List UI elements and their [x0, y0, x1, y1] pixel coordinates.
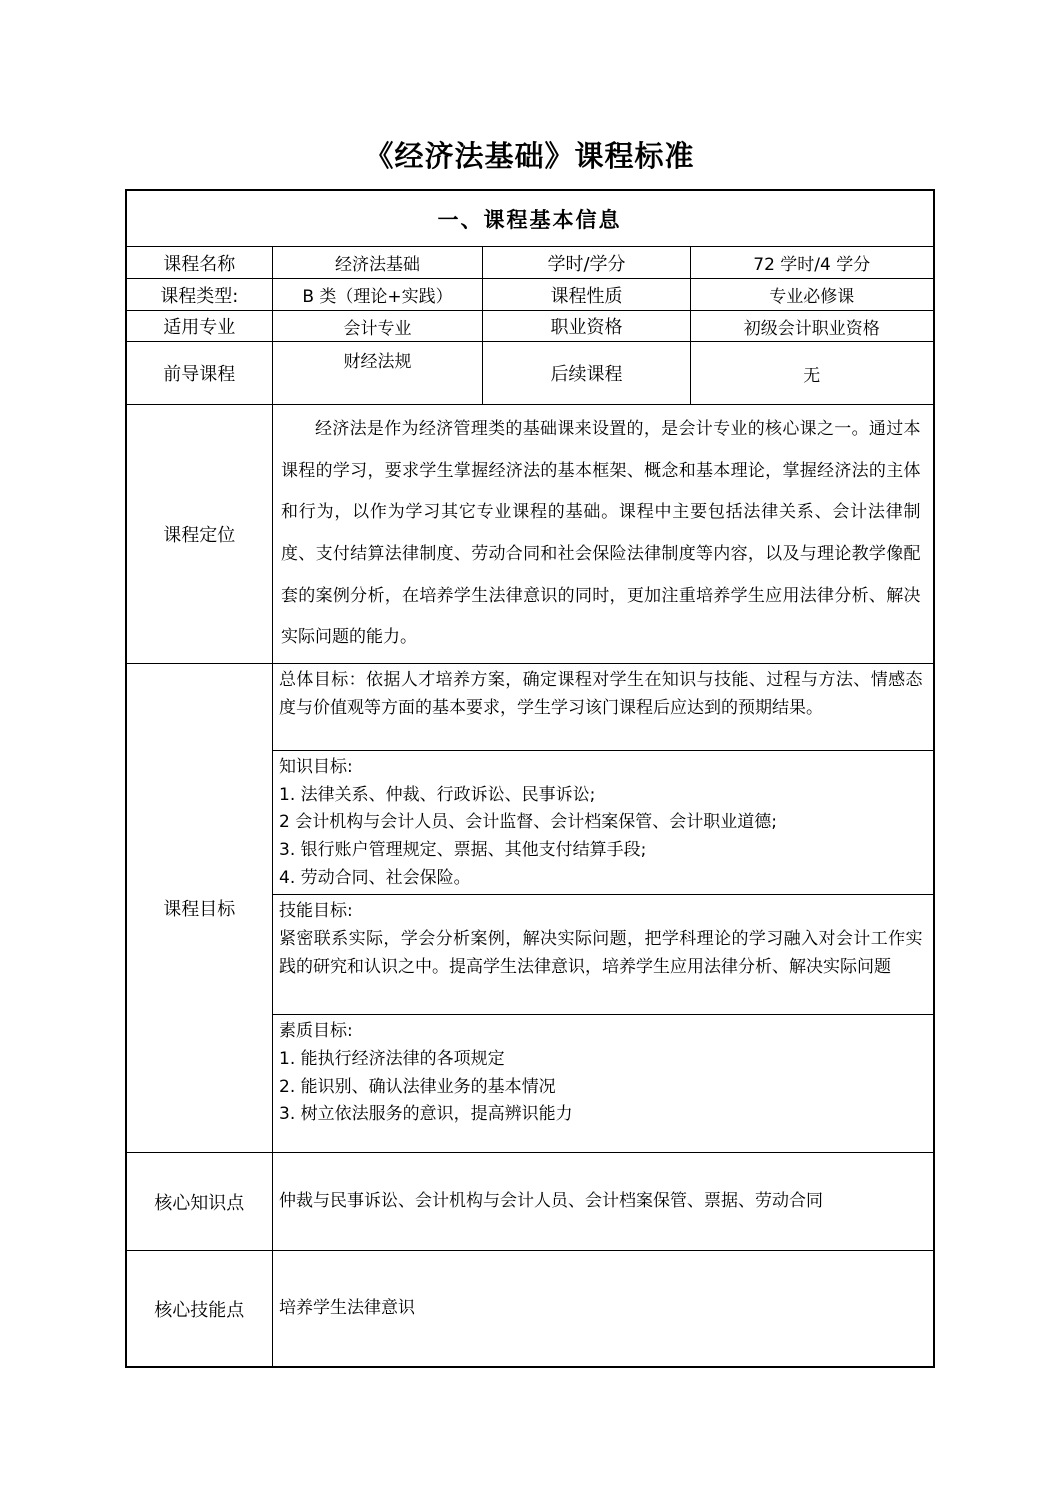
- table-row: 课程名称 经济法基础 学时/学分 72 学时/4 学分: [126, 247, 934, 279]
- quality-objective-item: 2. 能识别、确认法律业务的基本情况: [279, 1074, 923, 1102]
- skill-objectives-text: 紧密联系实际，学会分析案例，解决实际问题，把学科理论的学习融入对会计工作实践的研…: [279, 926, 923, 981]
- vocational-qualification-value: 初级会计职业资格: [691, 311, 934, 342]
- preceding-course-value: 财经法规: [273, 342, 483, 405]
- course-standard-table: 一、课程基本信息 课程名称 经济法基础 学时/学分 72 学时/4 学分 课程类…: [125, 189, 935, 1368]
- page-title: 《经济法基础》课程标准: [0, 0, 1059, 175]
- table-row: 核心知识点 仲裁与民事诉讼、会计机构与会计人员、会计档案保管、票据、劳动合同: [126, 1153, 934, 1251]
- document-page: 《经济法基础》课程标准 一、课程基本信息 课程名称 经济法基础 学时/学分 72…: [0, 0, 1059, 1497]
- knowledge-objective-item: 4. 劳动合同、社会保险。: [279, 865, 923, 893]
- hours-credits-label: 学时/学分: [483, 247, 691, 279]
- vocational-qualification-label: 职业资格: [483, 311, 691, 342]
- overall-objective-text: 总体目标：依据人才培养方案，确定课程对学生在知识与技能、过程与方法、情感态度与价…: [279, 667, 923, 722]
- table-row: 前导课程 财经法规 后续课程 无: [126, 342, 934, 405]
- table-row: 核心技能点 培养学生法律意识: [126, 1251, 934, 1367]
- table-row: 适用专业 会计专业 职业资格 初级会计职业资格: [126, 311, 934, 342]
- subsequent-course-label: 后续课程: [483, 342, 691, 405]
- applicable-major-label: 适用专业: [126, 311, 273, 342]
- core-knowledge-label: 核心知识点: [126, 1153, 273, 1251]
- course-name-value: 经济法基础: [273, 247, 483, 279]
- hours-credits-value: 72 学时/4 学分: [691, 247, 934, 279]
- course-nature-label: 课程性质: [483, 279, 691, 311]
- quality-objective-item: 3. 树立依法服务的意识，提高辨识能力: [279, 1101, 923, 1129]
- core-knowledge-text: 仲裁与民事诉讼、会计机构与会计人员、会计档案保管、票据、劳动合同: [273, 1153, 934, 1251]
- quality-objectives-heading: 素质目标:: [279, 1018, 923, 1046]
- course-type-value: B 类（理论+实践）: [273, 279, 483, 311]
- knowledge-objective-item: 2 会计机构与会计人员、会计监督、会计档案保管、会计职业道德;: [279, 809, 923, 837]
- quality-objectives-cell: 素质目标: 1. 能执行经济法律的各项规定 2. 能识别、确认法律业务的基本情况…: [273, 1015, 934, 1153]
- course-type-label: 课程类型:: [126, 279, 273, 311]
- course-positioning-text: 经济法是作为经济管理类的基础课来设置的，是会计专业的核心课之一。通过本课程的学习…: [281, 409, 921, 659]
- course-name-label: 课程名称: [126, 247, 273, 279]
- overall-objective-cell: 总体目标：依据人才培养方案，确定课程对学生在知识与技能、过程与方法、情感态度与价…: [273, 663, 934, 750]
- course-nature-value: 专业必修课: [691, 279, 934, 311]
- table-row: 课程目标 总体目标：依据人才培养方案，确定课程对学生在知识与技能、过程与方法、情…: [126, 663, 934, 750]
- course-positioning-cell: 经济法是作为经济管理类的基础课来设置的，是会计专业的核心课之一。通过本课程的学习…: [273, 405, 934, 664]
- table-row: 课程类型: B 类（理论+实践） 课程性质 专业必修课: [126, 279, 934, 311]
- skill-objectives-cell: 技能目标: 紧密联系实际，学会分析案例，解决实际问题，把学科理论的学习融入对会计…: [273, 895, 934, 1015]
- subsequent-course-value: 无: [691, 342, 934, 405]
- course-positioning-label: 课程定位: [126, 405, 273, 664]
- knowledge-objective-item: 1. 法律关系、仲裁、行政诉讼、民事诉讼;: [279, 782, 923, 810]
- preceding-course-label: 前导课程: [126, 342, 273, 405]
- core-skills-label: 核心技能点: [126, 1251, 273, 1367]
- core-skills-text: 培养学生法律意识: [273, 1251, 934, 1367]
- section-header-basic-info: 一、课程基本信息: [126, 190, 934, 247]
- skill-objectives-heading: 技能目标:: [279, 898, 923, 926]
- knowledge-objectives-cell: 知识目标: 1. 法律关系、仲裁、行政诉讼、民事诉讼; 2 会计机构与会计人员、…: [273, 750, 934, 895]
- knowledge-objective-item: 3. 银行账户管理规定、票据、其他支付结算手段;: [279, 837, 923, 865]
- table-row: 课程定位 经济法是作为经济管理类的基础课来设置的，是会计专业的核心课之一。通过本…: [126, 405, 934, 664]
- applicable-major-value: 会计专业: [273, 311, 483, 342]
- quality-objective-item: 1. 能执行经济法律的各项规定: [279, 1046, 923, 1074]
- knowledge-objectives-heading: 知识目标:: [279, 754, 923, 782]
- course-objectives-label: 课程目标: [126, 663, 273, 1153]
